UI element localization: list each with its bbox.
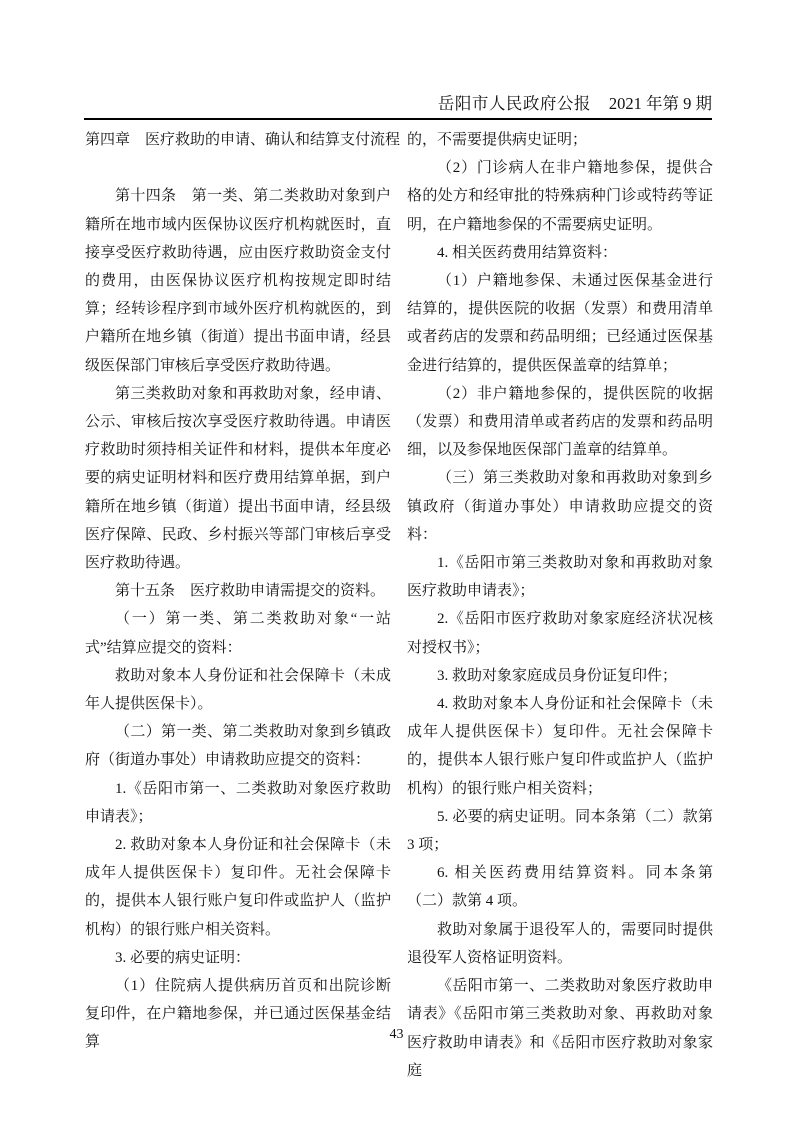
- paragraph: （一）第一类、第二类救助对象“一站式”结算应提交的资料：: [85, 605, 391, 661]
- paragraph: 6. 相关医药费用结算资料。同本条第（二）款第 4 项。: [407, 859, 713, 915]
- paragraph: （2）门诊病人在非户籍地参保，提供合格的处方和经审批的特殊病种门诊或特药等证明，…: [407, 154, 713, 239]
- paragraph: 救助对象本人身份证和社会保障卡（未成年人提供医保卡）。: [85, 662, 391, 718]
- paragraph: 3. 救助对象家庭成员身份证复印件；: [407, 662, 713, 690]
- left-column: 第四章 医疗救助的申请、确认和结算支付流程 第十四条 第一类、第二类救助对象到户…: [85, 126, 391, 1085]
- right-column: 的，不需要提供病史证明； （2）门诊病人在非户籍地参保，提供合格的处方和经审批的…: [407, 126, 713, 1085]
- paragraph: 2.《岳阳市医疗救助对象家庭经济状况核对授权书》；: [407, 605, 713, 661]
- paragraph: 救助对象属于退役军人的，需要同时提供退役军人资格证明资料。: [407, 916, 713, 972]
- paragraph: 1.《岳阳市第一、二类救助对象医疗救助申请表》；: [85, 775, 391, 831]
- paragraph-continuation: 的，不需要提供病史证明；: [407, 126, 713, 154]
- body-columns: 第四章 医疗救助的申请、确认和结算支付流程 第十四条 第一类、第二类救助对象到户…: [85, 126, 713, 1085]
- paragraph: （二）第一类、第二类救助对象到乡镇政府（街道办事处）申请救助应提交的资料：: [85, 718, 391, 774]
- page-header: 岳阳市人民政府公报2021 年第 9 期: [84, 94, 712, 120]
- gazette-page: 岳阳市人民政府公报2021 年第 9 期 第四章 医疗救助的申请、确认和结算支付…: [0, 0, 793, 1122]
- paragraph: 3. 必要的病史证明：: [85, 944, 391, 972]
- paragraph: 第十四条 第一类、第二类救助对象到户籍所在地市域内医保协议医疗机构就医时，直接享…: [85, 182, 391, 379]
- paragraph: （2）非户籍地参保的，提供医院的收据（发票）和费用清单或者药店的发票和药品明细，…: [407, 380, 713, 465]
- page-number: 43: [0, 1026, 793, 1044]
- paragraph: 4. 救助对象本人身份证和社会保障卡（未成年人提供医保卡）复印件。无社会保障卡的…: [407, 690, 713, 803]
- gazette-title: 岳阳市人民政府公报: [438, 94, 591, 113]
- paragraph: 2. 救助对象本人身份证和社会保障卡（未成年人提供医保卡）复印件。无社会保障卡的…: [85, 831, 391, 944]
- paragraph: 第十五条 医疗救助申请需提交的资料。: [85, 577, 391, 605]
- paragraph: （1）户籍地参保、未通过医保基金进行结算的，提供医院的收据（发票）和费用清单或者…: [407, 267, 713, 380]
- paragraph: 第三类救助对象和再救助对象，经申请、公示、审核后按次享受医疗救助待遇。申请医疗救…: [85, 380, 391, 577]
- issue-label: 2021 年第 9 期: [609, 94, 712, 113]
- chapter-heading: 第四章 医疗救助的申请、确认和结算支付流程: [85, 126, 391, 154]
- paragraph: 5. 必要的病史证明。同本条第（二）款第 3 项；: [407, 803, 713, 859]
- paragraph: （三）第三类救助对象和再救助对象到乡镇政府（街道办事处）申请救助应提交的资料：: [407, 464, 713, 549]
- paragraph: 4. 相关医药费用结算资料：: [407, 239, 713, 267]
- paragraph: 1.《岳阳市第三类救助对象和再救助对象医疗救助申请表》；: [407, 549, 713, 605]
